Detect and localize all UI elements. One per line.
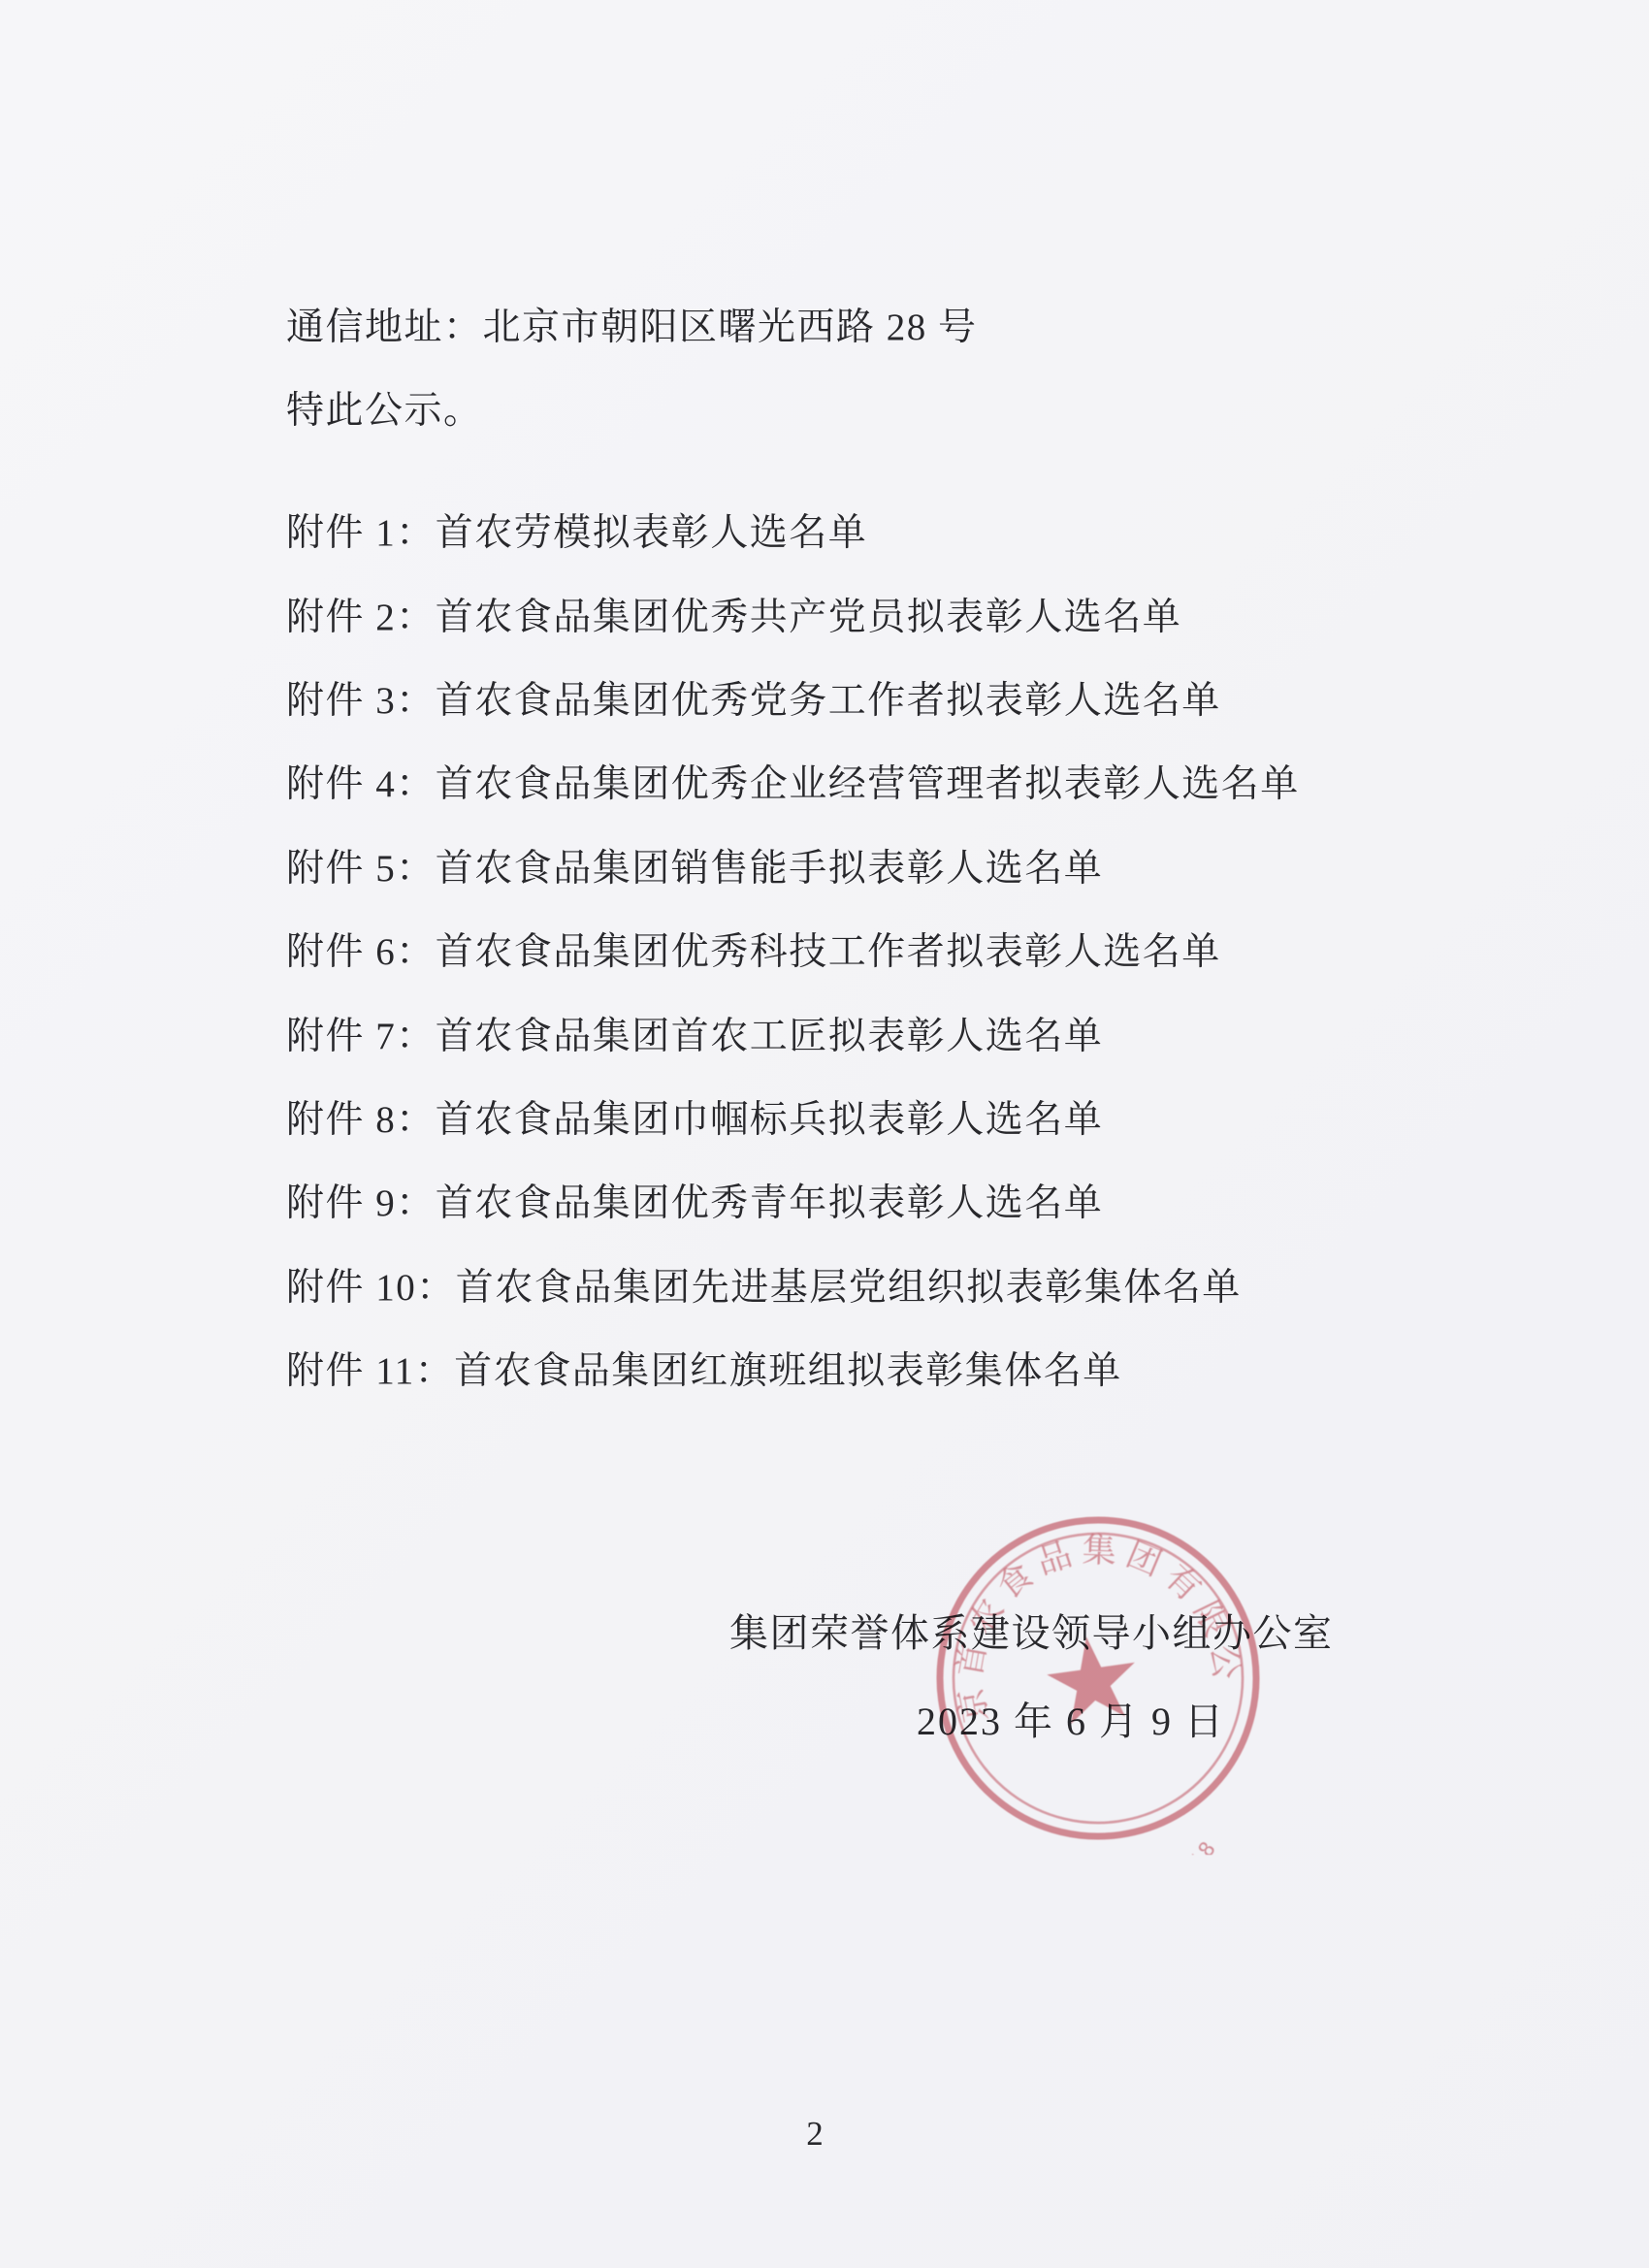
attachment-line-11: 附件 11：首农食品集团红旗班组拟表彰集体名单 xyxy=(286,1326,1300,1409)
attachment-line-9: 附件 9：首农食品集团优秀青年拟表彰人选名单 xyxy=(286,1158,1300,1242)
attachment-list: 附件 1：首农劳模拟表彰人选名单 附件 2：首农食品集团优秀共产党员拟表彰人选名… xyxy=(286,488,1300,1409)
attachment-line-3: 附件 3：首农食品集团优秀党务工作者拟表彰人选名单 xyxy=(286,656,1300,739)
attachment-line-10: 附件 10：首农食品集团先进基层党组织拟表彰集体名单 xyxy=(286,1243,1300,1326)
attachment-line-5: 附件 5：首农食品集团销售能手拟表彰人选名单 xyxy=(286,824,1300,907)
document-page: 通信地址：北京市朝阳区曙光西路 28 号 特此公示。 附件 1：首农劳模拟表彰人… xyxy=(0,0,1649,2268)
company-seal-stamp: 北京首农食品集团有限公司 1101020311748 xyxy=(921,1502,1275,1855)
attachment-line-1: 附件 1：首农劳模拟表彰人选名单 xyxy=(286,488,1300,571)
seal-star-icon xyxy=(1043,1631,1143,1727)
attachment-line-2: 附件 2：首农食品集团优秀共产党员拟表彰人选名单 xyxy=(286,571,1300,655)
notice-line: 特此公示。 xyxy=(286,380,483,435)
page-number: 2 xyxy=(786,2115,844,2154)
attachment-line-6: 附件 6：首农食品集团优秀科技工作者拟表彰人选名单 xyxy=(286,907,1300,990)
attachment-line-7: 附件 7：首农食品集团首农工匠拟表彰人选名单 xyxy=(286,990,1300,1074)
attachment-line-8: 附件 8：首农食品集团巾帼标兵拟表彰人选名单 xyxy=(286,1075,1300,1158)
address-line: 通信地址：北京市朝阳区曙光西路 28 号 xyxy=(286,297,978,351)
attachment-line-4: 附件 4：首农食品集团优秀企业经营管理者拟表彰人选名单 xyxy=(286,739,1300,823)
